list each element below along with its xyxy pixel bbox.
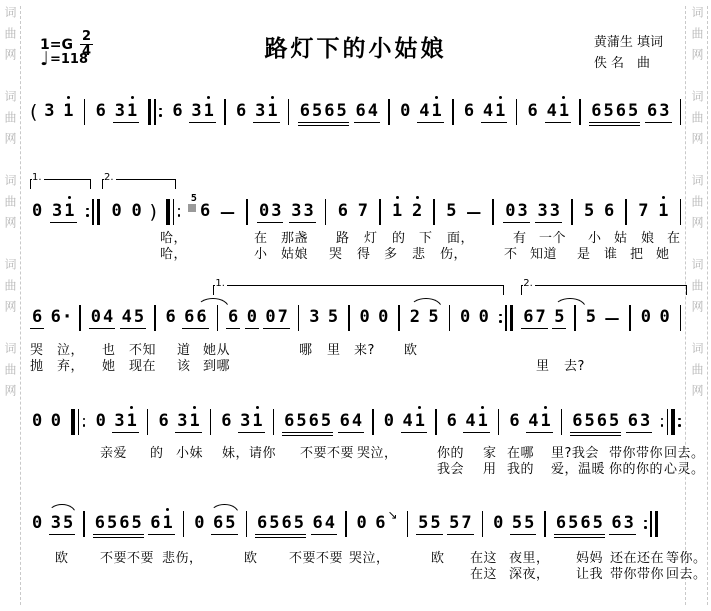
note-digit: 5 bbox=[293, 515, 305, 532]
note-digit: 3 bbox=[114, 103, 126, 120]
note-group: 63 bbox=[645, 102, 672, 123]
lyric-segment: 回去。 bbox=[666, 567, 707, 583]
note-digit: 6 bbox=[220, 413, 232, 430]
bar-stroke bbox=[671, 409, 675, 435]
note-digit: 0 bbox=[31, 413, 43, 430]
note-group: 5 bbox=[426, 308, 440, 328]
note-group: 6 bbox=[219, 412, 233, 432]
note-digit: 6 bbox=[374, 515, 386, 532]
note-digit: 6 bbox=[195, 309, 207, 326]
note-group: 55 bbox=[416, 514, 443, 535]
note-digit: 1 bbox=[539, 413, 551, 430]
barline bbox=[296, 305, 301, 331]
barline bbox=[387, 99, 392, 125]
bar-stroke bbox=[348, 305, 350, 331]
note-group: 03 bbox=[503, 202, 530, 223]
note-group: 03 bbox=[257, 202, 284, 223]
barline bbox=[181, 511, 186, 537]
bar-stroke bbox=[79, 305, 81, 331]
bar-stroke bbox=[83, 511, 85, 537]
lyric-segment: 悲伤， bbox=[162, 551, 203, 567]
note-group: 41 bbox=[401, 412, 428, 433]
note-digit: 6 bbox=[355, 103, 367, 120]
note-digit: 3 bbox=[536, 203, 548, 220]
lyric-segment: 不知 bbox=[129, 343, 156, 359]
note-group: 6 bbox=[30, 308, 44, 329]
note-digit: 0 bbox=[383, 413, 395, 430]
credit-lyricist: 黄蒲生 填词 bbox=[594, 33, 663, 54]
octave-dot bbox=[131, 96, 134, 99]
note-digit: 4 bbox=[482, 103, 494, 120]
lyric-segment: 欧 bbox=[244, 551, 258, 567]
note-digit: 3 bbox=[623, 515, 635, 532]
note-group: 66 bbox=[182, 308, 209, 329]
note-group: 6 bbox=[507, 412, 521, 432]
duration-dash: — bbox=[220, 203, 235, 221]
note-group: 0 bbox=[477, 308, 491, 328]
note-digit: 1 bbox=[188, 413, 200, 430]
note-digit: 4 bbox=[121, 309, 133, 326]
note-group: 6 bbox=[462, 102, 476, 122]
barline bbox=[153, 305, 158, 331]
bar-stroke bbox=[154, 99, 156, 125]
bar-stroke bbox=[452, 99, 454, 125]
note-group: 0 bbox=[398, 102, 412, 122]
note-digit: 3 bbox=[50, 515, 62, 532]
augmentation-dot: · bbox=[64, 309, 70, 326]
note-digit: 5 bbox=[584, 413, 596, 430]
parenthesis: ) bbox=[150, 203, 157, 222]
octave-dot bbox=[396, 196, 399, 199]
note-digit: 6 bbox=[199, 203, 211, 220]
note-digit: 6 bbox=[579, 515, 591, 532]
lyric-segment: 的 bbox=[392, 231, 406, 247]
note-group: 33 bbox=[535, 202, 562, 223]
lyric-segment: 小妹 bbox=[176, 446, 203, 462]
lyric-segment: 欧 bbox=[431, 551, 445, 567]
note-digit: 5 bbox=[445, 203, 457, 220]
note-digit: 5 bbox=[583, 203, 595, 220]
note-digit: 4 bbox=[324, 515, 336, 532]
note-digit: 5 bbox=[417, 515, 429, 532]
note-digit: 0 bbox=[356, 515, 368, 532]
volta-label: 2. bbox=[523, 279, 535, 289]
note-digit: 1 bbox=[63, 203, 75, 220]
credits: 黄蒲生 填词 佚 名 曲 bbox=[594, 33, 663, 75]
note-digit: 5 bbox=[327, 309, 339, 326]
note-group: 63 bbox=[626, 412, 653, 433]
lyric-segment: 在这 bbox=[470, 567, 497, 583]
note-digit: 6 bbox=[339, 413, 351, 430]
repeat-dots bbox=[661, 418, 664, 427]
lyric-segment: 在 bbox=[667, 231, 681, 247]
note-group: 0 bbox=[639, 308, 653, 328]
note-group: 6565 bbox=[570, 412, 621, 433]
note-digit: 0 bbox=[459, 309, 471, 326]
bar-stroke bbox=[147, 409, 149, 435]
lyric-segment: 姑 bbox=[614, 231, 628, 247]
tie-arc bbox=[554, 298, 586, 308]
bar-stroke bbox=[680, 99, 682, 125]
note-group: 5 bbox=[326, 308, 340, 328]
parenthesis: ( bbox=[30, 103, 37, 122]
note-group: 31 bbox=[50, 202, 77, 223]
note-digit: 6 bbox=[522, 309, 534, 326]
note-digit: 6 bbox=[50, 309, 62, 326]
bar-stroke bbox=[97, 199, 101, 225]
note-group: 0 bbox=[30, 514, 44, 534]
note-digit: 5 bbox=[448, 515, 460, 532]
barline bbox=[543, 511, 548, 537]
lyric-segment: 不要不要 bbox=[100, 551, 154, 567]
note-digit: 4 bbox=[102, 309, 114, 326]
barline bbox=[78, 305, 83, 331]
note-digit: 1 bbox=[126, 103, 138, 120]
note-group: 1 bbox=[390, 202, 404, 222]
note-digit: 5 bbox=[320, 413, 332, 430]
note-digit: 1 bbox=[414, 413, 426, 430]
lyric-segment: 也 bbox=[102, 343, 116, 359]
note-digit: 4 bbox=[546, 103, 558, 120]
repeat-dots bbox=[678, 418, 681, 427]
barline bbox=[447, 305, 452, 331]
barline bbox=[146, 99, 164, 125]
lyric-segment: 哭泣， bbox=[357, 446, 398, 462]
note-digit: 5 bbox=[295, 413, 307, 430]
barline bbox=[323, 199, 328, 225]
volta-bracket: 1. bbox=[30, 179, 91, 189]
barline bbox=[573, 305, 578, 331]
note-group: 41 bbox=[545, 102, 572, 123]
note-group: 2 bbox=[410, 202, 424, 222]
note-digit: 0 bbox=[31, 515, 43, 532]
bar-stroke bbox=[680, 199, 682, 225]
lyric-segment: 现在 bbox=[129, 359, 156, 375]
barline bbox=[678, 199, 683, 225]
lyric-segment: 去? bbox=[564, 359, 585, 375]
bar-stroke bbox=[166, 199, 170, 225]
lyric-segment: 哈， bbox=[160, 247, 187, 263]
bar-stroke bbox=[345, 511, 347, 537]
bar-stroke bbox=[433, 199, 435, 225]
grace-note: 5 bbox=[191, 193, 197, 210]
lyrics-row-verse1: 哭泣，也不知道她从哪里来?欧 bbox=[0, 343, 711, 359]
note-digit: 1 bbox=[558, 103, 570, 120]
note-digit: 5 bbox=[268, 515, 280, 532]
note-digit: 2 bbox=[409, 309, 421, 326]
bar-stroke bbox=[680, 305, 682, 331]
note-digit: 0 bbox=[95, 413, 107, 430]
lyric-segment: 面， bbox=[447, 231, 474, 247]
octave-dot bbox=[166, 508, 169, 511]
note-digit: 6 bbox=[646, 103, 658, 120]
note-digit: 3 bbox=[290, 203, 302, 220]
music-line-4: 00031631631656564041641641656563 bbox=[30, 406, 685, 438]
note-digit: 6 bbox=[603, 203, 615, 220]
lyric-segment: 灯 bbox=[364, 231, 378, 247]
note-group: 45 bbox=[120, 308, 147, 329]
barline bbox=[70, 409, 88, 435]
repeat-dots bbox=[83, 418, 86, 427]
lyric-segment: 知道 bbox=[530, 247, 557, 263]
tie-arc bbox=[210, 504, 239, 514]
note-digit: 6 bbox=[235, 103, 247, 120]
note-group: 6 bbox=[226, 308, 240, 329]
volta-bracket: 1. bbox=[213, 285, 503, 295]
note-digit: 6 bbox=[308, 413, 320, 430]
bar-stroke bbox=[544, 511, 546, 537]
note-group: 0 bbox=[355, 514, 369, 534]
bar-stroke bbox=[574, 305, 576, 331]
note-digit: 6 bbox=[157, 413, 169, 430]
lyric-segment: 那盏 bbox=[281, 231, 308, 247]
note-group: 41 bbox=[481, 102, 508, 123]
note-digit: 6 bbox=[183, 309, 195, 326]
note-digit: 5 bbox=[602, 103, 614, 120]
note-group: 0 bbox=[657, 308, 671, 328]
barline bbox=[624, 199, 629, 225]
bar-stroke bbox=[71, 409, 75, 435]
note-group: 6565 bbox=[554, 514, 605, 535]
bar-stroke bbox=[492, 199, 494, 225]
bar-stroke bbox=[629, 305, 631, 331]
note-digit: 6 bbox=[590, 103, 602, 120]
lyric-segment: 是 bbox=[577, 247, 591, 263]
lyric-segment: 欧 bbox=[55, 551, 69, 567]
note-digit: 1 bbox=[62, 103, 74, 120]
note-digit: 5 bbox=[608, 413, 620, 430]
repeat-dots bbox=[644, 520, 647, 529]
lyric-segment: 我会 bbox=[437, 462, 464, 478]
lyric-segment: 到哪 bbox=[203, 359, 230, 375]
note-group: 0 bbox=[30, 202, 44, 222]
barline bbox=[434, 409, 439, 435]
note-digit: 1 bbox=[266, 103, 278, 120]
note-group: 6565 bbox=[93, 514, 144, 535]
lyric-segment: 她 bbox=[656, 247, 670, 263]
note-digit: 3 bbox=[51, 203, 63, 220]
note-group: 33 bbox=[289, 202, 316, 223]
bar-stroke bbox=[398, 305, 400, 331]
octave-dot bbox=[662, 196, 665, 199]
bar-stroke bbox=[84, 99, 86, 125]
lyric-segment: 小 bbox=[588, 231, 602, 247]
lyric-segment: 道 bbox=[177, 343, 191, 359]
note-digit: 0 bbox=[50, 413, 62, 430]
note-digit: 6 bbox=[283, 413, 295, 430]
bar-stroke bbox=[388, 99, 390, 125]
note-digit: 0 bbox=[504, 203, 516, 220]
note-group: 6· bbox=[49, 308, 72, 328]
barline bbox=[344, 511, 349, 537]
lyrics-row-verse1: 哈，在那盏路灯的下面，有一个小姑娘在 bbox=[0, 231, 711, 247]
note-digit: 5 bbox=[523, 515, 535, 532]
note-group: 31 bbox=[112, 412, 139, 433]
lyric-segment: 深夜， bbox=[509, 567, 550, 583]
barline bbox=[215, 305, 220, 331]
note-group: 0 bbox=[49, 412, 63, 432]
lyric-segment: 弃， bbox=[57, 359, 84, 375]
bar-stroke bbox=[510, 305, 514, 331]
note-digit: 6 bbox=[299, 103, 311, 120]
note-digit: 1 bbox=[477, 413, 489, 430]
note-digit: 5 bbox=[553, 309, 565, 326]
note-digit: 4 bbox=[402, 413, 414, 430]
octave-dot bbox=[418, 406, 421, 409]
note-group: 7 bbox=[356, 202, 370, 222]
note-group: 7 bbox=[636, 202, 650, 222]
volta-label: 1. bbox=[215, 279, 227, 289]
barline bbox=[559, 409, 564, 435]
barline bbox=[208, 409, 213, 435]
lyric-segment: 她 bbox=[102, 359, 116, 375]
lyric-segment: 回去。 bbox=[664, 446, 705, 462]
note-digit: 1 bbox=[494, 103, 506, 120]
note-digit: 7 bbox=[637, 203, 649, 220]
lyric-segment: 多 bbox=[384, 247, 398, 263]
note-group: 0 bbox=[382, 412, 396, 432]
lyrics-row-verse2: 哈，小姑娘哭得多悲伤，不知道是谁把她 bbox=[0, 247, 711, 263]
lyric-segment: 不 bbox=[504, 247, 518, 263]
lyric-segment: 带你带你 bbox=[609, 446, 663, 462]
note-digit: 7 bbox=[535, 309, 547, 326]
note-group: 0 bbox=[357, 308, 371, 328]
lyric-segment: 下 bbox=[419, 231, 433, 247]
note-digit: 6 bbox=[610, 515, 622, 532]
note-group: 0 bbox=[458, 308, 472, 328]
lyrics-row-verse2: 抛弃，她现在该到哪里去? bbox=[0, 359, 711, 375]
lyric-segment: 不要不要 bbox=[289, 551, 343, 567]
lyric-segment: 家 bbox=[483, 446, 497, 462]
lyric-segment: 把 bbox=[630, 247, 644, 263]
lyric-segment: 心灵。 bbox=[664, 462, 705, 478]
bar-stroke bbox=[288, 99, 290, 125]
lyric-segment: 请你 bbox=[249, 446, 276, 462]
note-digit: 0 bbox=[492, 515, 504, 532]
bar-stroke bbox=[92, 199, 94, 225]
music-line-1: (31631631631656564041641641656563 bbox=[30, 96, 685, 128]
bar-stroke bbox=[372, 409, 374, 435]
barline bbox=[145, 409, 150, 435]
lyric-segment: 妈妈 bbox=[576, 551, 603, 567]
note-digit: 1 bbox=[251, 413, 263, 430]
barline bbox=[286, 99, 291, 125]
lyric-segment: 里 bbox=[536, 359, 550, 375]
lyric-segment: 娘 bbox=[641, 231, 655, 247]
note-digit: 3 bbox=[239, 413, 251, 430]
note-digit: 0 bbox=[131, 203, 143, 220]
slide-down-mark: ↘ bbox=[388, 508, 398, 525]
note-group: 6 bbox=[164, 308, 178, 328]
note-digit: 6 bbox=[555, 515, 567, 532]
bar-stroke bbox=[571, 199, 573, 225]
lyric-segment: 该 bbox=[177, 359, 191, 375]
bar-stroke bbox=[148, 99, 152, 125]
note-digit: 6 bbox=[31, 309, 43, 326]
lyric-segment: 哭 bbox=[329, 247, 343, 263]
note-digit: 3 bbox=[516, 203, 528, 220]
bar-stroke bbox=[505, 305, 507, 331]
lyric-segment: 在 bbox=[254, 231, 268, 247]
lyric-segment: 有 bbox=[513, 231, 527, 247]
octave-dot bbox=[416, 196, 419, 199]
note-digit: 6 bbox=[256, 515, 268, 532]
lyric-segment: 亲爱 bbox=[100, 446, 127, 462]
music-line-5: 03565656106565656406↘5557055656563 bbox=[30, 508, 662, 540]
note-digit: 0 bbox=[90, 309, 102, 326]
octave-dot bbox=[562, 96, 565, 99]
octave-dot bbox=[207, 96, 210, 99]
note-group: 6 bbox=[234, 102, 248, 122]
bar-stroke bbox=[667, 409, 669, 435]
note-digit: 0 bbox=[358, 309, 370, 326]
barline bbox=[371, 409, 376, 435]
note-digit: 1 bbox=[391, 203, 403, 220]
note-group: 0 bbox=[192, 514, 206, 534]
note-group: 0 bbox=[491, 514, 505, 534]
lyric-segment: 的 bbox=[150, 446, 164, 462]
lyric-segment: 还在还在 bbox=[610, 551, 664, 567]
note-group: 6565 bbox=[298, 102, 349, 123]
lyric-segment: 不要不要 bbox=[300, 446, 354, 462]
lyric-segment: 路 bbox=[336, 231, 350, 247]
note-group: 07 bbox=[263, 308, 290, 329]
note-group: 64 bbox=[311, 514, 338, 535]
octave-dot bbox=[256, 406, 259, 409]
barline bbox=[245, 199, 250, 225]
note-digit: 0 bbox=[399, 103, 411, 120]
barline bbox=[480, 511, 485, 537]
note-group: 6565 bbox=[255, 514, 306, 535]
note-group: 6 bbox=[445, 412, 459, 432]
lyric-segment: 夜里， bbox=[509, 551, 550, 567]
lyric-segment: 哭 bbox=[30, 343, 44, 359]
octave-dot bbox=[435, 96, 438, 99]
lyric-segment: 姑娘 bbox=[281, 247, 308, 263]
bar-stroke bbox=[173, 199, 175, 225]
note-digit: 5 bbox=[106, 515, 118, 532]
lyric-segment: 妹， bbox=[222, 446, 249, 462]
note-group: 5 bbox=[444, 202, 458, 222]
barline bbox=[405, 511, 410, 537]
lyric-segment: 伤， bbox=[440, 247, 467, 263]
octave-dot bbox=[130, 406, 133, 409]
barline bbox=[642, 511, 660, 537]
volta-label: 2. bbox=[104, 173, 116, 183]
bar-stroke bbox=[482, 511, 484, 537]
repeat-dots bbox=[178, 208, 181, 217]
bar-stroke bbox=[655, 511, 659, 537]
bar-stroke bbox=[325, 199, 327, 225]
bar-stroke bbox=[449, 305, 451, 331]
note-digit: 5 bbox=[627, 103, 639, 120]
note-group: 61 bbox=[148, 514, 175, 535]
note-group: 31 bbox=[113, 102, 140, 123]
note-digit: 1 bbox=[126, 413, 138, 430]
note-group: 6565 bbox=[282, 412, 333, 433]
repeat-dots bbox=[499, 314, 502, 323]
note-digit: 0 bbox=[658, 309, 670, 326]
note-digit: 0 bbox=[193, 515, 205, 532]
note-digit: 3 bbox=[658, 103, 670, 120]
note-group: 04 bbox=[89, 308, 116, 329]
bar-stroke bbox=[246, 511, 248, 537]
note-digit: 0 bbox=[264, 309, 276, 326]
note-digit: 6 bbox=[227, 309, 239, 326]
lyric-segment: 在这 bbox=[470, 551, 497, 567]
repeat-dots bbox=[86, 208, 89, 217]
lyric-segment: 我的 bbox=[507, 462, 534, 478]
